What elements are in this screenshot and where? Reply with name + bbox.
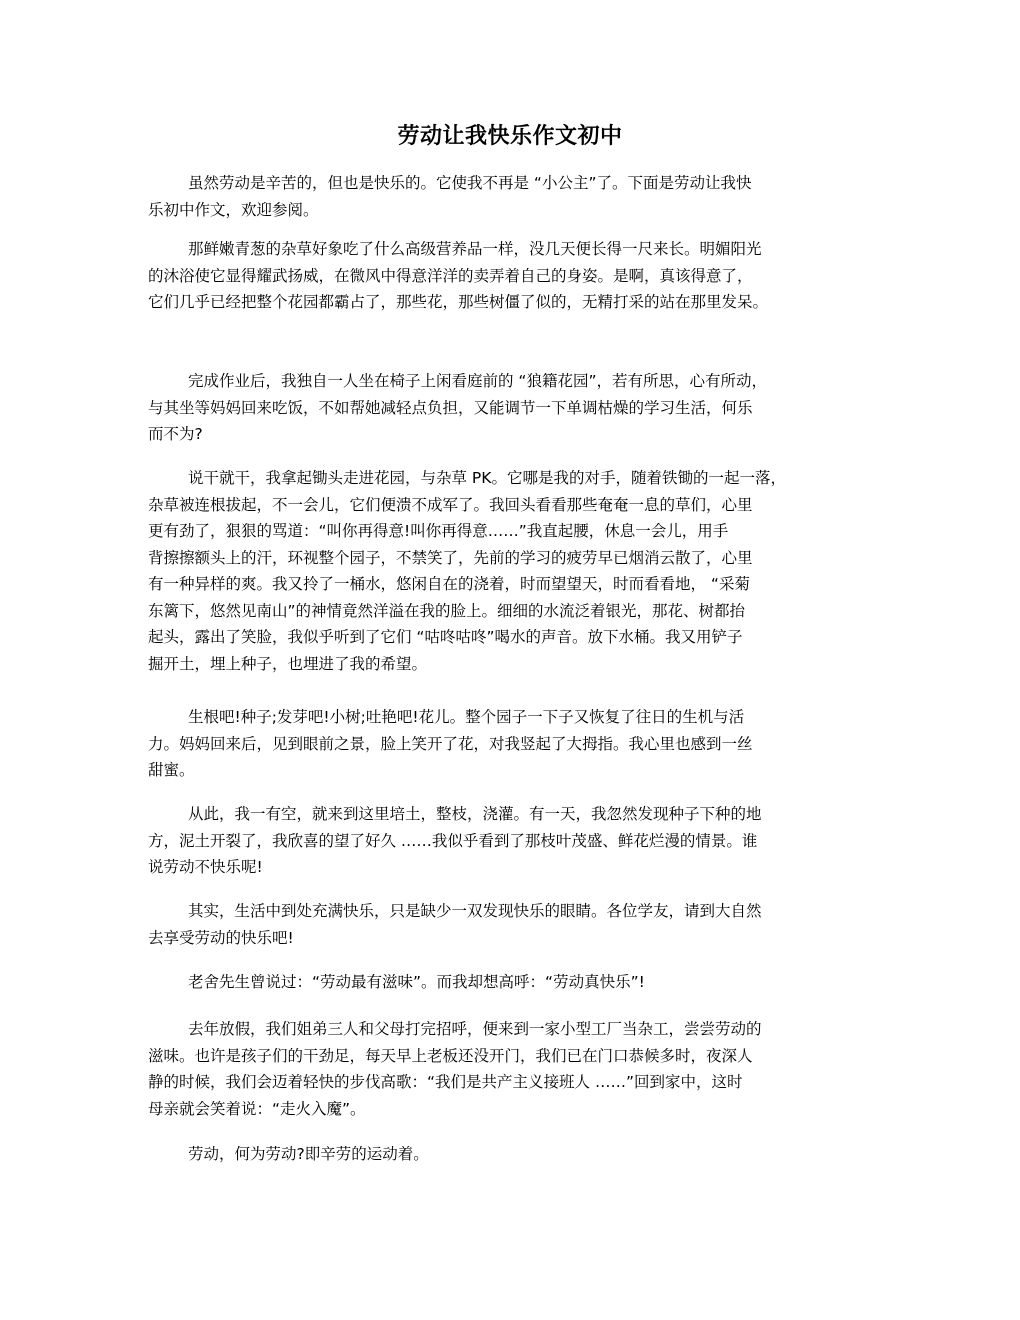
text-line: 乐初中作文，欢迎参阅。 (148, 197, 888, 224)
document-title: 劳动让我快乐作文初中 (0, 121, 1020, 151)
paragraph-take-root: 生根吧!种子;发芽吧!小树;吐艳吧!花儿。整个园子一下子又恢复了往日的生机与活 … (148, 704, 888, 784)
text-line: 劳动，何为劳动?即辛劳的运动着。 (148, 1141, 888, 1168)
paragraph-weeding: 说干就干，我拿起锄头走进花园，与杂草 PK。它哪是我的对手，随着铁锄的一起一落，… (148, 465, 888, 677)
text-line: 有一种异样的爽。我又拎了一桶水，悠闲自在的浇着，时而望望天，时而看看地， “采菊 (148, 571, 888, 598)
text-line: 杂草被连根拔起，不一会儿，它们便溃不成军了。我回头看看那些奄奄一息的草们，心里 (148, 492, 888, 519)
text-line: 起头，露出了笑脸，我似乎听到了它们 “咕咚咕咚”喝水的声音。放下水桶。我又用铲子 (148, 624, 888, 651)
text-line: 完成作业后，我独自一人坐在椅子上闲看庭前的 “狼籍花园”，若有所思，心有所动， (148, 368, 888, 395)
text-line: 的沐浴使它显得耀武扬威，在微风中得意洋洋的卖弄着自己的身姿。是啊，真该得意了， (148, 263, 888, 290)
text-line: 力。妈妈回来后，见到眼前之景，脸上笑开了花，对我竖起了大拇指。我心里也感到一丝 (148, 731, 888, 758)
text-line: 背擦擦额头上的汗，环视整个园子，不禁笑了，先前的学习的疲劳早已烟消云散了，心里 (148, 545, 888, 572)
text-line: 说干就干，我拿起锄头走进花园，与杂草 PK。它哪是我的对手，随着铁锄的一起一落， (148, 465, 888, 492)
text-line: 其实，生活中到处充满快乐，只是缺少一双发现快乐的眼睛。各位学友，请到大自然 (148, 898, 888, 925)
text-line: 说劳动不快乐呢! (148, 854, 888, 881)
text-line: 与其坐等妈妈回来吃饭，不如帮她减轻点负担，又能调节一下单调枯燥的学习生活，何乐 (148, 395, 888, 422)
paragraph-in-fact: 其实，生活中到处充满快乐，只是缺少一双发现快乐的眼睛。各位学友，请到大自然 去享… (148, 898, 888, 951)
text-line: 方，泥土开裂了，我欣喜的望了好久 ……我似乎看到了那枝叶茂盛、鲜花烂漫的情景。谁 (148, 828, 888, 855)
paragraph-from-then-on: 从此，我一有空，就来到这里培土，整枝，浇灌。有一天，我忽然发现种子下种的地 方，… (148, 801, 888, 881)
text-line: 老舍先生曾说过：“劳动最有滋味”。而我却想高呼：“劳动真快乐”! (148, 969, 888, 996)
text-line: 滋味。也许是孩子们的干劲足，每天早上老板还没开门，我们已在门口恭候多时，夜深人 (148, 1043, 888, 1070)
paragraph-lao-she: 老舍先生曾说过：“劳动最有滋味”。而我却想高呼：“劳动真快乐”! (148, 969, 888, 996)
text-line: 从此，我一有空，就来到这里培土，整枝，浇灌。有一天，我忽然发现种子下种的地 (148, 801, 888, 828)
paragraph-weeds: 那鲜嫩青葱的杂草好象吃了什么高级营养品一样，没几天便长得一尺来长。明媚阳光 的沐… (148, 236, 888, 316)
text-line: 掘开土，埋上种子，也埋进了我的希望。 (148, 651, 888, 678)
text-line: 母亲就会笑着说：“走火入魔”。 (148, 1096, 888, 1123)
text-line: 而不为? (148, 421, 888, 448)
text-line: 去享受劳动的快乐吧! (148, 925, 888, 952)
paragraph-what-is-labor: 劳动，何为劳动?即辛劳的运动着。 (148, 1141, 888, 1168)
paragraph-last-holiday: 去年放假，我们姐弟三人和父母打完招呼，便来到一家小型工厂当杂工，尝尝劳动的 滋味… (148, 1016, 888, 1122)
text-line: 更有劲了，狠狠的骂道：“叫你再得意!叫你再得意……”我直起腰，休息一会儿，用手 (148, 518, 888, 545)
text-line: 生根吧!种子;发芽吧!小树;吐艳吧!花儿。整个园子一下子又恢复了往日的生机与活 (148, 704, 888, 731)
text-line: 东篱下，悠然见南山”的神情竟然洋溢在我的脸上。细细的水流泛着银光，那花、树都抬 (148, 598, 888, 625)
text-line: 它们几乎已经把整个花园都霸占了，那些花，那些树僵了似的，无精打采的站在那里发呆。 (148, 289, 888, 316)
document-page: 劳动让我快乐作文初中 虽然劳动是辛苦的，但也是快乐的。它使我不再是 “小公主”了… (0, 0, 1020, 1320)
text-line: 那鲜嫩青葱的杂草好象吃了什么高级营养品一样，没几天便长得一尺来长。明媚阳光 (148, 236, 888, 263)
paragraph-intro: 虽然劳动是辛苦的，但也是快乐的。它使我不再是 “小公主”了。下面是劳动让我快 乐… (148, 170, 888, 223)
paragraph-after-homework: 完成作业后，我独自一人坐在椅子上闲看庭前的 “狼籍花园”，若有所思，心有所动， … (148, 368, 888, 448)
text-line: 静的时候，我们会迈着轻快的步伐高歌：“我们是共产主义接班人 ……”回到家中，这时 (148, 1069, 888, 1096)
text-line: 虽然劳动是辛苦的，但也是快乐的。它使我不再是 “小公主”了。下面是劳动让我快 (148, 170, 888, 197)
text-line: 甜蜜。 (148, 757, 888, 784)
text-line: 去年放假，我们姐弟三人和父母打完招呼，便来到一家小型工厂当杂工，尝尝劳动的 (148, 1016, 888, 1043)
